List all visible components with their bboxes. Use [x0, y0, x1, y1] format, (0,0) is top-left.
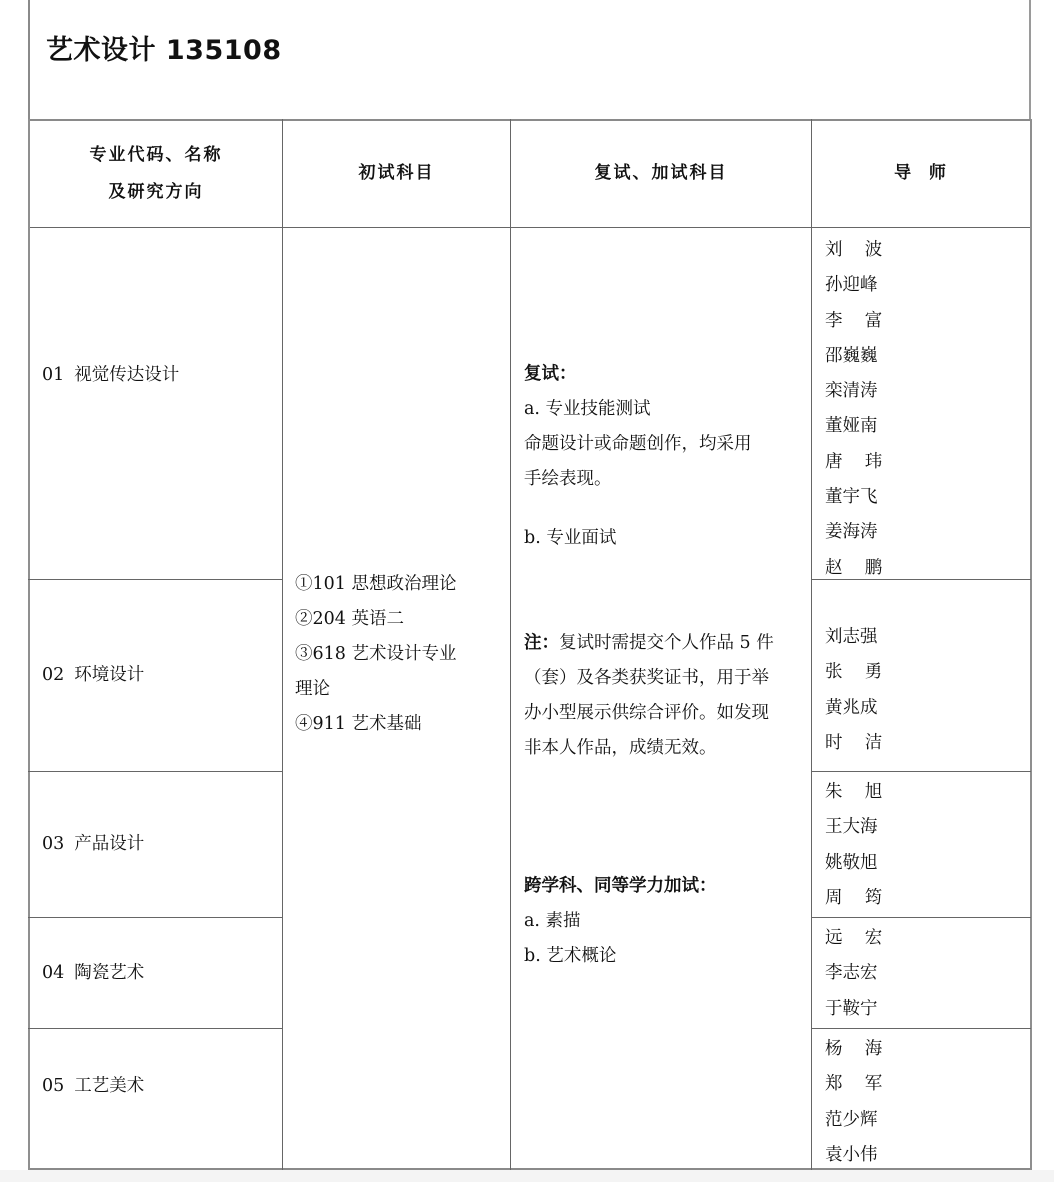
subject-item: ③618 艺术设计专业 [295, 637, 507, 672]
retest-section: 复试： a. 专业技能测试 命题设计或命题创作，均采用 手绘表现。 b. 专业面… [524, 357, 808, 556]
retest-spacer [524, 497, 808, 521]
major-row-03: 03 产品设计 [28, 772, 282, 917]
mentor-name: 张 勇 [825, 655, 1030, 690]
major-code: 03 [42, 827, 64, 862]
major-row-01: 01 视觉传达设计 [28, 228, 282, 523]
mentor-name: 唐 玮 [825, 445, 1030, 480]
header-major-line-1: 专业代码、名称 [90, 137, 223, 174]
header-mentors-label: 导 师 [894, 155, 948, 192]
major-code: 04 [42, 956, 64, 991]
mentor-name: 袁小伟 [825, 1138, 1030, 1173]
mentor-name: 孙迎峰 [825, 268, 1030, 303]
mentor-name: 邵巍巍 [825, 339, 1030, 374]
extra-exam-heading: 跨学科、同等学力加试： [524, 869, 808, 904]
major-name: 工艺美术 [74, 1069, 144, 1104]
extra-exam-item: b. 艺术概论 [524, 939, 808, 974]
mentor-name: 郑 军 [825, 1067, 1030, 1102]
mentor-name: 董娅南 [825, 409, 1030, 444]
major-name: 环境设计 [74, 658, 144, 693]
header-major-line-2: 及研究方向 [109, 174, 204, 211]
note-line: 复试时需提交个人作品 5 件 [559, 633, 774, 653]
column-divider-2 [510, 119, 511, 1170]
document-page: 艺术设计 135108 专业代码、名称 及研究方向 初试科目 复试、加试科目 导… [0, 0, 1054, 1170]
retest-item: b. 专业面试 [524, 521, 808, 556]
retest-heading: 复试： [524, 357, 808, 392]
initial-exam-subjects: ①101 思想政治理论 ②204 英语二 ③618 艺术设计专业 理论 ④911… [295, 567, 507, 742]
mentor-name: 栾清涛 [825, 374, 1030, 409]
major-code: 01 [42, 358, 64, 393]
row-divider [811, 1028, 1031, 1029]
table-right-border [1030, 119, 1032, 1170]
mentor-group-05: 杨 海 郑 军 范少辉 袁小伟 [812, 1032, 1030, 1173]
extra-exam-section: 跨学科、同等学力加试： a. 素描 b. 艺术概论 [524, 869, 808, 974]
mentor-name: 刘 波 [825, 233, 1030, 268]
mentor-name: 杨 海 [825, 1032, 1030, 1067]
row-divider [811, 917, 1031, 918]
header-retest: 复试、加试科目 [511, 120, 811, 227]
retest-item: a. 专业技能测试 [524, 392, 808, 427]
mentor-name: 王大海 [825, 810, 1030, 845]
note-line: （套）及各类获奖证书，用于举 [524, 661, 808, 696]
note-label: 注： [524, 633, 559, 653]
header-initial-exam: 初试科目 [283, 120, 510, 227]
major-name: 视觉传达设计 [74, 358, 179, 393]
major-row-05: 05 工艺美术 [28, 1029, 282, 1144]
column-divider-1 [282, 119, 283, 1170]
major-row-02: 02 环境设计 [28, 580, 282, 771]
mentor-name: 姜海涛 [825, 515, 1030, 550]
note-line: 非本人作品，成绩无效。 [524, 731, 808, 766]
retest-item: 命题设计或命题创作，均采用 [524, 427, 808, 462]
extra-exam-item: a. 素描 [524, 904, 808, 939]
mentor-name: 姚敬旭 [825, 846, 1030, 881]
major-name: 产品设计 [74, 827, 144, 862]
mentor-name: 赵 鹏 [825, 551, 1030, 586]
mentor-name: 时 洁 [825, 726, 1030, 761]
subject-item: ②204 英语二 [295, 602, 507, 637]
mentor-name: 周 筠 [825, 881, 1030, 916]
subject-item: ④911 艺术基础 [295, 707, 507, 742]
major-code: 02 [42, 658, 64, 693]
mentor-name: 黄兆成 [825, 691, 1030, 726]
major-code: 05 [42, 1069, 64, 1104]
mentor-group-03: 朱 旭 王大海 姚敬旭 周 筠 [812, 775, 1030, 916]
mentor-name: 远 宏 [825, 921, 1030, 956]
mentor-name: 李志宏 [825, 956, 1030, 991]
mentor-name: 范少辉 [825, 1103, 1030, 1138]
major-row-04: 04 陶瓷艺术 [28, 918, 282, 1028]
subject-item: 理论 [295, 672, 507, 707]
header-major: 专业代码、名称 及研究方向 [30, 120, 282, 227]
page-title: 艺术设计 135108 [46, 28, 282, 67]
mentor-name: 朱 旭 [825, 775, 1030, 810]
header-initial-exam-label: 初试科目 [359, 155, 435, 192]
mentor-name: 李 富 [825, 304, 1030, 339]
mentor-group-01: 刘 波 孙迎峰 李 富 邵巍巍 栾清涛 董娅南 唐 玮 董宇飞 姜海涛 赵 鹏 [812, 233, 1030, 586]
retest-item: 手绘表现。 [524, 462, 808, 497]
major-name: 陶瓷艺术 [74, 956, 144, 991]
mentor-name: 董宇飞 [825, 480, 1030, 515]
mentor-name: 于鞍宁 [825, 992, 1030, 1027]
row-divider [811, 771, 1031, 772]
title-section: 艺术设计 135108 [28, 0, 1031, 120]
note-line: 办小型展示供综合评价。如发现 [524, 696, 808, 731]
subject-item: ①101 思想政治理论 [295, 567, 507, 602]
header-mentors: 导 师 [812, 120, 1030, 227]
mentor-name: 刘志强 [825, 620, 1030, 655]
mentor-group-04: 远 宏 李志宏 于鞍宁 [812, 921, 1030, 1027]
note-section: 注：复试时需提交个人作品 5 件 （套）及各类获奖证书，用于举 办小型展示供综合… [524, 626, 808, 766]
mentor-group-02: 刘志强 张 勇 黄兆成 时 洁 [812, 620, 1030, 761]
header-retest-label: 复试、加试科目 [595, 155, 728, 192]
